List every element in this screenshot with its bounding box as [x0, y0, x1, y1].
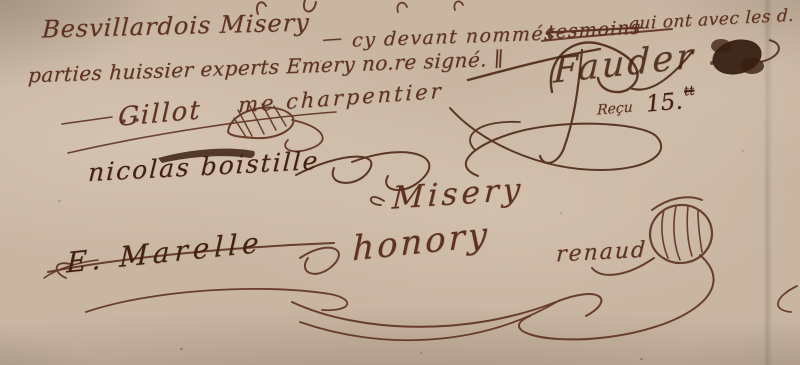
ink-blot: [709, 34, 779, 79]
honory-flourish: [292, 294, 601, 327]
top-edge-descender: [397, 3, 407, 12]
fee-note-amount: 15.: [645, 88, 684, 117]
right-edge-curl: [778, 286, 797, 312]
top-edge-descender: [454, 1, 463, 10]
renaud-big-loop: [519, 255, 714, 339]
marelle-paraph: [300, 248, 339, 274]
margin-dash: [62, 117, 112, 124]
manuscript-line-1a-dash: —: [321, 25, 343, 50]
misery-lead-curl: [371, 197, 384, 205]
fee-note-word: Reçu: [597, 99, 633, 118]
paper-speck: [640, 358, 643, 360]
fee-note-livres-symbol: tt: [683, 83, 695, 99]
signature-renaud: renaud: [555, 238, 647, 268]
paper-speck: [58, 200, 61, 202]
renaud-paraph-hatch: [662, 206, 702, 260]
manuscript-photo: Besvillardois Misery — cy devant nommés …: [0, 0, 800, 365]
paper-speck: [320, 60, 322, 62]
paper-speck: [690, 22, 692, 24]
paper-speck: [742, 150, 744, 152]
renaud-paraph-ball: [646, 201, 715, 267]
paper-speck: [180, 348, 183, 350]
honory-flourish-2: [300, 300, 560, 340]
paper-speck: [420, 352, 422, 354]
fauder-lower-oval: [450, 108, 661, 176]
paper-speck: [560, 212, 562, 214]
fauder-left-loop: [470, 122, 520, 150]
